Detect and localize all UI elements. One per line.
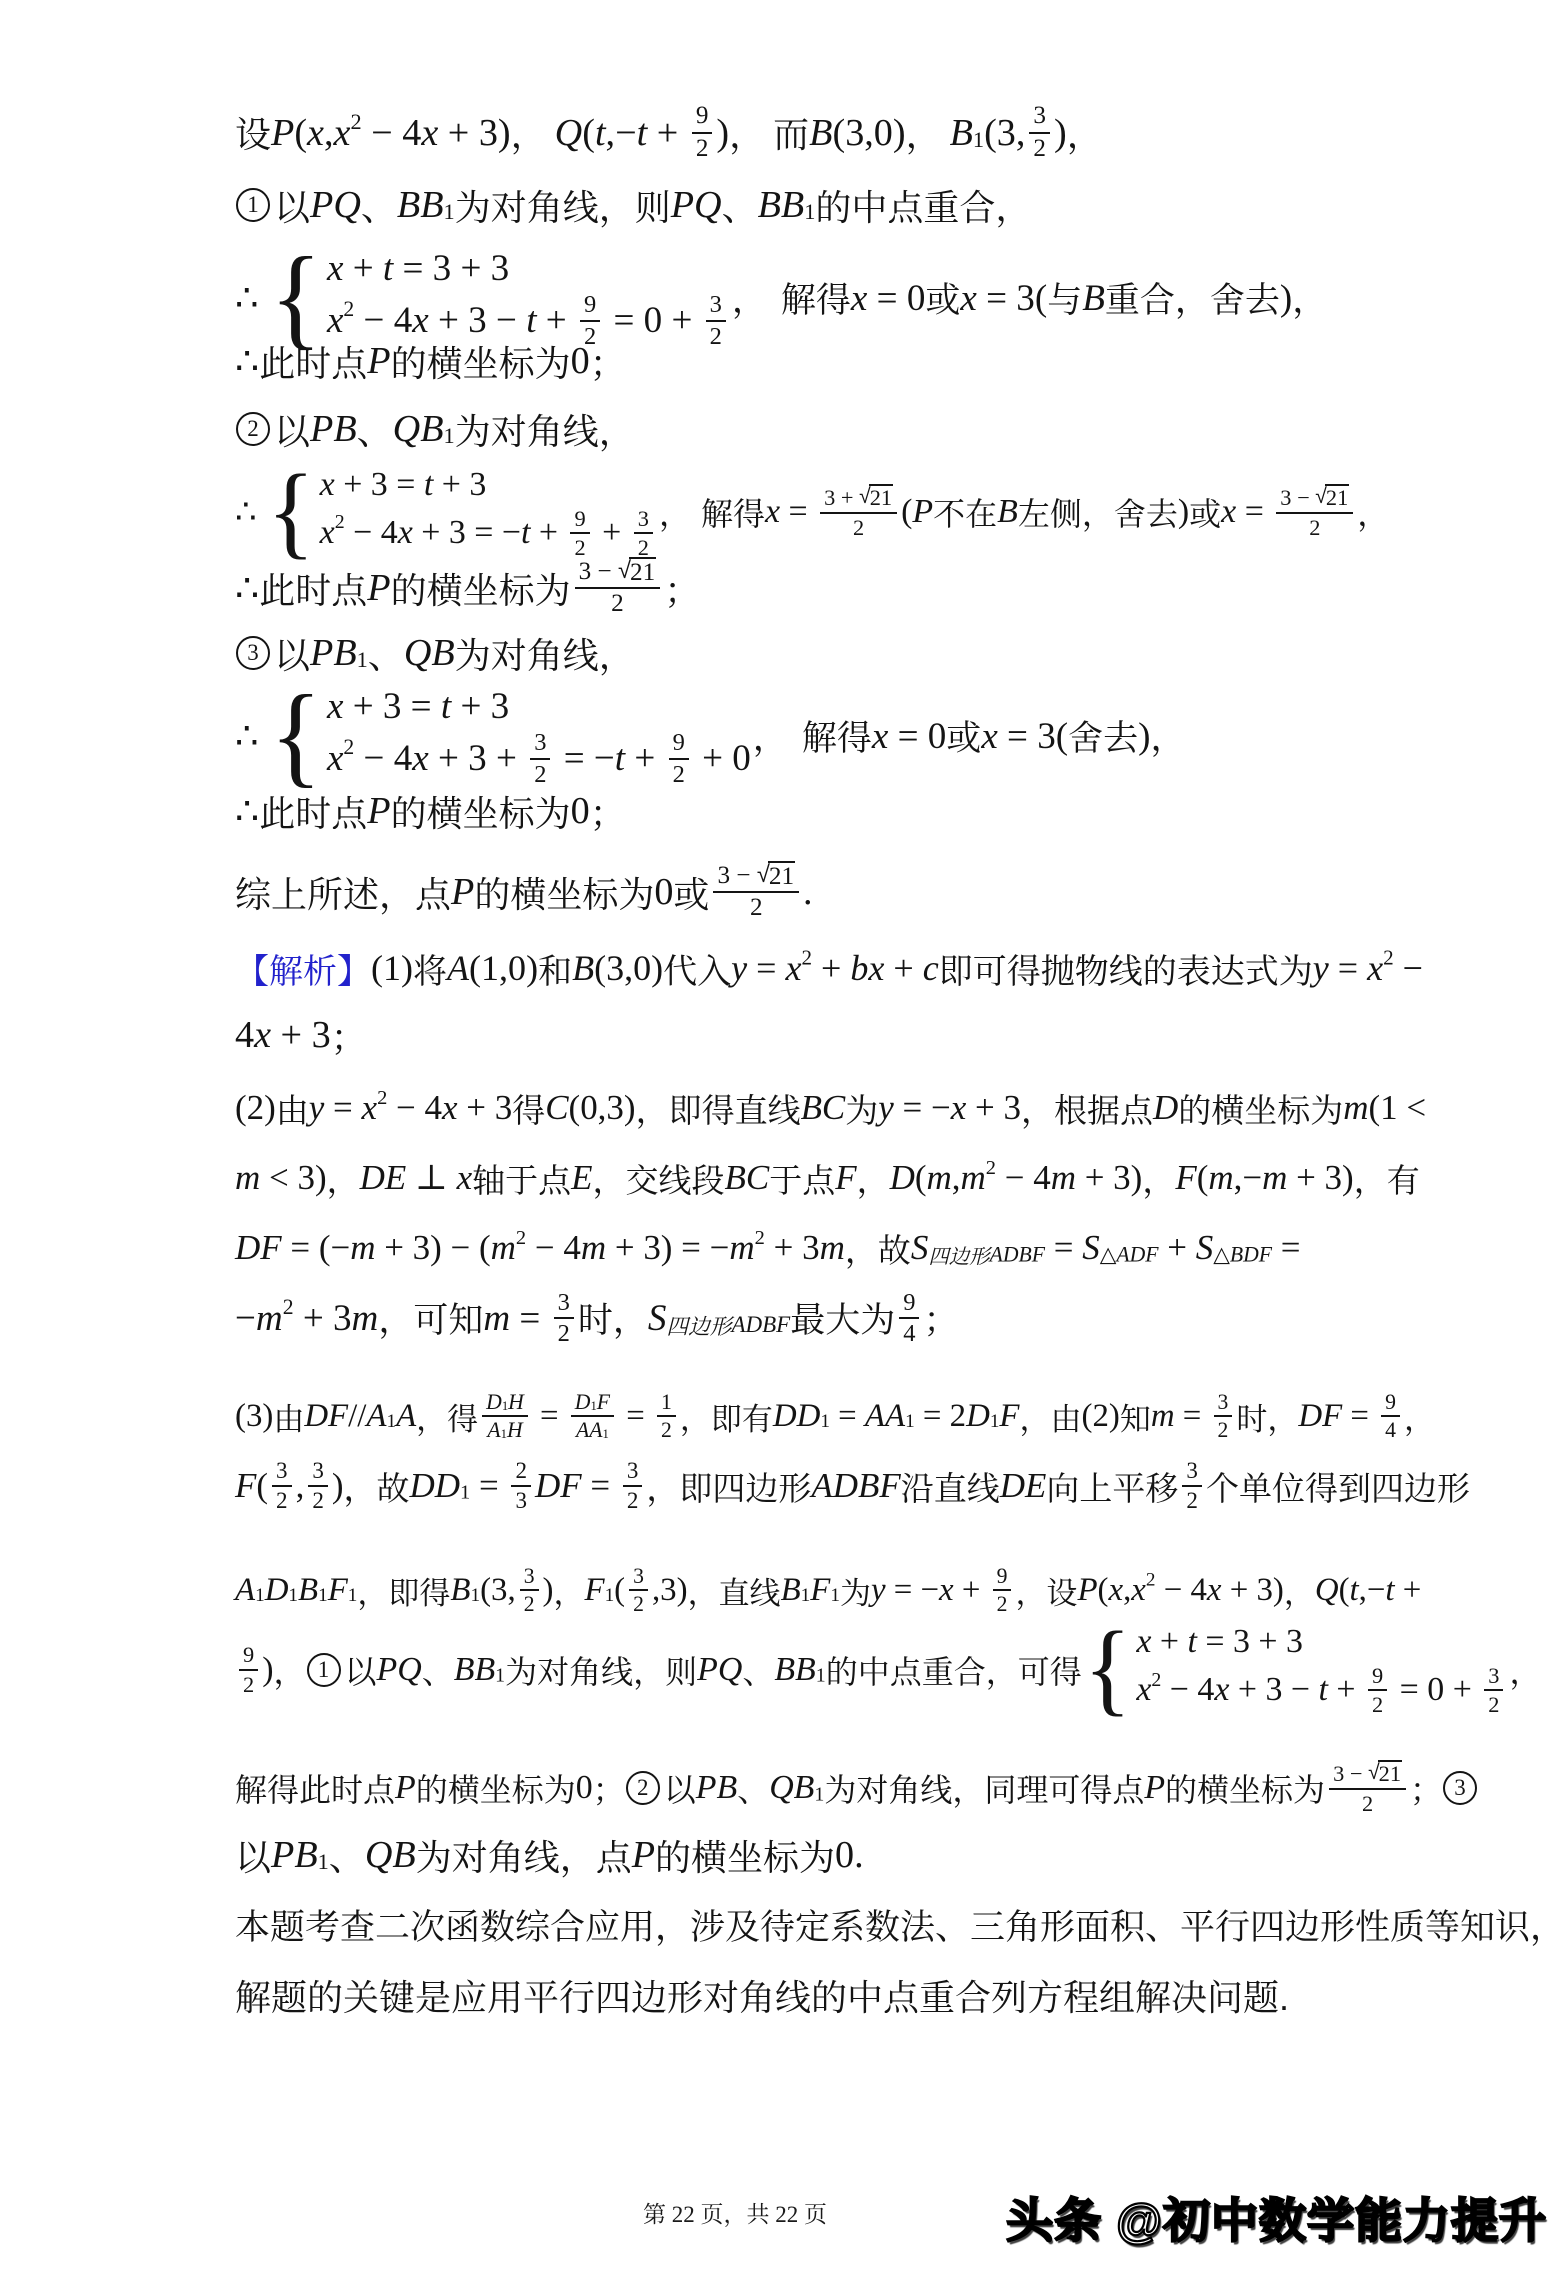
fraction: D1HA1H: [482, 1390, 528, 1443]
math-roman: ,−: [606, 111, 637, 155]
math-variable: PB: [310, 631, 357, 675]
math-roman: 9: [574, 506, 585, 531]
numerator: 9: [1368, 1663, 1387, 1691]
subscript: 1: [801, 1585, 811, 1607]
denominator: 2: [607, 589, 628, 618]
math-roman: =: [1272, 1228, 1300, 1268]
math-roman: 21: [870, 485, 892, 510]
math-variable: PB: [271, 1833, 318, 1877]
math-roman: ∴: [235, 339, 259, 384]
text-line: (3)由DF//A1A，得D1HA1H = D1FAA1 = 12，即有DD1 …: [235, 1378, 1435, 1454]
text-line: ∴ {x + 3 = t + 3x2 − 4x + 3 + 32 = −t + …: [235, 676, 1186, 796]
subscript: 1: [605, 1585, 615, 1607]
math-variable: DF: [1298, 1398, 1342, 1435]
radical-sign: √: [618, 558, 631, 585]
cjk-text: ，即四边形: [646, 1463, 811, 1510]
math-variable: DD: [773, 1398, 820, 1435]
math-roman: 9: [1372, 1663, 1383, 1688]
math-variable: x: [1136, 1623, 1151, 1661]
math-variable: F: [328, 1572, 348, 1609]
cjk-text: 的横坐标为: [391, 786, 571, 837]
cjk-text: ，即有: [680, 1394, 773, 1439]
math-roman: ): [262, 1651, 273, 1689]
math-variable: A: [396, 1398, 416, 1435]
math-roman: 2: [515, 1458, 527, 1484]
math-variable: A: [366, 1398, 386, 1435]
math-variable: D: [890, 1158, 915, 1198]
superscript: 2: [350, 108, 361, 134]
page-number-label: 第 22 页，共 22 页: [643, 2202, 827, 2227]
text-line: 【解析】(1)将A(1,0)和B(3,0)代入y = x2 + bx + c即可…: [235, 938, 1423, 998]
math-roman: = −: [554, 737, 614, 780]
cjk-text: 知: [1120, 1394, 1151, 1439]
circled-number: 1: [236, 188, 270, 222]
math-roman: 3: [515, 1488, 527, 1514]
subscript: 四边形ADBF: [666, 1309, 790, 1340]
text-line: ∴此时点P的横坐标为0；: [235, 788, 626, 834]
cjk-text: ，根据点: [1021, 1085, 1153, 1132]
math-roman: +: [1151, 1623, 1187, 1661]
cjk-text: ；: [590, 786, 626, 837]
denominator: 2: [657, 1417, 676, 1442]
math-variable: B: [450, 1572, 470, 1609]
subscript: 1: [444, 423, 455, 449]
fraction: 32: [520, 1564, 539, 1617]
math-variable: QB: [393, 407, 444, 451]
math-roman: + 3): [1221, 1572, 1283, 1609]
math-variable: QB: [365, 1833, 416, 1877]
math-roman: 2: [312, 1488, 324, 1514]
math-roman: =: [1045, 1228, 1082, 1268]
denominator: 2: [1368, 1691, 1387, 1717]
math-roman: +: [1395, 1572, 1422, 1609]
cjk-text: 或: [673, 867, 709, 918]
cjk-text: ，: [906, 107, 942, 158]
system-rows: x + 3 = t + 3x2 − 4x + 3 + 32 = −t + 92 …: [327, 684, 751, 788]
denominator: 2: [530, 760, 550, 788]
cjk-text: ，即得直线: [636, 1085, 801, 1132]
cjk-text: 轴于点: [472, 1155, 571, 1202]
cjk-text: 、: [742, 1647, 774, 1693]
math-variable: x: [939, 1572, 954, 1609]
math-roman: − 4: [362, 111, 422, 155]
math-roman: 3: [633, 1564, 644, 1588]
math-roman: //: [348, 1398, 366, 1435]
cjk-text: 由: [276, 1085, 309, 1132]
math-variable: P: [1144, 1769, 1165, 1807]
superscript: 2: [335, 511, 345, 534]
superscript: 2: [986, 1156, 996, 1179]
math-variable: x: [1214, 1671, 1229, 1709]
math-variable: PB: [696, 1769, 737, 1807]
cjk-text: 而: [773, 107, 809, 158]
math-roman: ,: [952, 1158, 961, 1198]
radical-sign: √: [1315, 485, 1327, 509]
cjk-text: 设: [235, 107, 271, 158]
math-roman: 3: [276, 1458, 288, 1484]
fraction: 32: [706, 291, 726, 350]
math-variable: x: [1131, 1572, 1146, 1609]
math-variable: x: [457, 1158, 473, 1198]
text-line: ∴此时点P的横坐标为3 − √212；: [235, 548, 700, 628]
superscript: 2: [343, 297, 354, 322]
fraction: 92: [239, 1642, 258, 1696]
numerator: 9: [899, 1289, 919, 1319]
math-roman: 0: [576, 1769, 593, 1807]
system-row: x + 3 = t + 3: [327, 684, 751, 730]
numerator: 3: [308, 1458, 328, 1487]
math-variable: F: [1175, 1158, 1196, 1198]
math-roman: (1 <: [1368, 1088, 1426, 1128]
cjk-text: ，设: [1015, 1568, 1077, 1613]
denominator: 2: [1484, 1691, 1503, 1717]
fraction: 92: [669, 729, 689, 788]
cjk-text: 为对角线，同理可得点: [824, 1765, 1144, 1811]
superscript: 2: [801, 945, 812, 970]
cjk-text: 此时点: [259, 336, 367, 387]
math-variable: P: [632, 1833, 655, 1877]
math-roman: (: [1339, 1572, 1350, 1609]
numerator: 9: [993, 1564, 1012, 1591]
math-roman: =: [470, 1466, 507, 1506]
numerator: 3: [706, 291, 726, 321]
math-variable: x: [412, 737, 428, 780]
math-roman: = 3 + 3: [393, 247, 509, 290]
math-roman: +: [625, 737, 664, 780]
math-roman: ⊥: [406, 1158, 456, 1198]
math-roman: +: [1328, 1671, 1364, 1709]
cjk-text: 时，: [578, 1293, 648, 1343]
math-variable: y: [871, 1572, 886, 1609]
math-roman: = 3(: [998, 715, 1068, 758]
cjk-text: 以: [235, 1830, 271, 1881]
radicand: 21: [869, 484, 893, 511]
math-variable: P: [271, 111, 294, 155]
math-roman: + 3) − (: [375, 1228, 490, 1268]
spacer: [942, 132, 950, 133]
math-roman: 3: [638, 506, 649, 531]
fraction: 32: [308, 1458, 328, 1514]
math-roman: = 3(: [977, 277, 1047, 320]
math-variable: ADBF: [811, 1466, 900, 1506]
math-roman: =: [1342, 1398, 1377, 1435]
math-roman: − 4: [354, 737, 412, 780]
cjk-text: ，: [511, 107, 547, 158]
system-row: x2 − 4x + 3 − t + 92 = 0 + 32: [1136, 1663, 1507, 1717]
math-roman: + 3 =: [335, 466, 424, 504]
cjk-text: 本题考查二次函数综合应用，涉及待定系数法、三角形面积、平行四边形性质等知识，: [235, 1900, 1557, 1950]
fraction: 32: [629, 1564, 648, 1617]
math-roman: (: [614, 1572, 625, 1609]
superscript: 2: [377, 1086, 387, 1109]
math-roman: 9: [584, 291, 596, 318]
math-roman: =: [1329, 947, 1367, 989]
cjk-text: 的中点重合，可得: [826, 1647, 1082, 1693]
math-variable: x: [320, 466, 335, 504]
math-variable: m: [1208, 1158, 1233, 1198]
superscript: 2: [755, 1226, 765, 1249]
math-roman: 2: [1218, 1418, 1229, 1442]
radicand: 21: [1325, 484, 1349, 511]
math-roman: 2: [558, 1320, 570, 1347]
subscript: 1: [590, 1399, 596, 1413]
math-variable: DE: [360, 1158, 407, 1198]
math-variable: DE: [1000, 1466, 1047, 1506]
math-roman: ): [1178, 493, 1189, 531]
math-roman: + 3: [765, 1228, 820, 1268]
math-variable: x: [362, 1088, 378, 1128]
text-line: 设P(x,x2 − 4x + 3)，Q(t,−t + 92)，而B(3,0)，B…: [235, 85, 1103, 180]
numerator: 3: [272, 1458, 292, 1487]
fraction: 3 − √212: [1329, 1760, 1406, 1816]
math-variable: x: [421, 111, 438, 155]
math-roman: =: [618, 1398, 653, 1435]
math-variable: PQ: [377, 1651, 422, 1689]
denominator: 2: [849, 514, 868, 540]
math-roman: + 3): [438, 111, 510, 155]
denominator: 2: [1214, 1417, 1233, 1442]
math-variable: A: [447, 947, 469, 989]
text-line: −m2 + 3m，可知m = 32时，S四边形ADBF最大为94；: [235, 1282, 958, 1354]
cjk-text: ，由: [1020, 1394, 1082, 1439]
subscript: 1: [470, 1585, 480, 1607]
cjk-text: 重合，舍去: [1105, 273, 1280, 323]
subscript: 1: [318, 1849, 329, 1875]
math-variable: S: [1082, 1228, 1099, 1268]
cjk-text: 为对角线，点: [416, 1830, 632, 1881]
math-roman: (0,3): [569, 1088, 636, 1128]
math-variable: D: [265, 1572, 289, 1609]
math-roman: 2: [627, 1488, 639, 1514]
math-variable: x: [254, 1013, 271, 1057]
denominator: 2: [746, 893, 767, 922]
fraction: 3 − √212: [1276, 484, 1353, 540]
cjk-text: 或: [925, 273, 960, 323]
math-variable: x: [1136, 1671, 1151, 1709]
math-variable: S: [911, 1228, 928, 1268]
math-roman: =: [510, 1297, 549, 1340]
math-variable: y: [1313, 947, 1329, 989]
math-variable: AA: [865, 1398, 905, 1435]
cjk-text: ，: [1151, 711, 1186, 761]
math-roman: 3 −: [717, 862, 756, 890]
cjk-text: 解得: [701, 489, 765, 535]
cjk-text: 的横坐标为: [1178, 1085, 1343, 1132]
fraction: 3 − √212: [713, 861, 799, 922]
subscript: 1: [501, 1427, 507, 1441]
cjk-text: 向上平移: [1046, 1463, 1178, 1510]
math-variable: B: [1082, 277, 1105, 320]
math-roman: +: [647, 111, 688, 155]
fraction: 3 − √212: [575, 557, 661, 618]
denominator: 2: [623, 1487, 643, 1514]
denominator: 2: [1305, 514, 1324, 540]
numerator: 3 − √21: [713, 861, 799, 893]
math-variable: ADBF: [731, 1312, 790, 1338]
math-variable: ADF: [1116, 1242, 1158, 1267]
cjk-text: 以: [664, 1765, 696, 1811]
cjk-text: 和: [538, 944, 572, 993]
math-roman: 3 −: [579, 558, 618, 586]
numerator: 3: [1182, 1458, 1202, 1487]
cjk-text: 个单位得到四边形: [1206, 1463, 1470, 1510]
subscript: 1: [348, 1585, 358, 1607]
math-roman: = 0: [867, 277, 925, 320]
math-roman: 2: [1362, 1791, 1373, 1816]
math-roman: 3: [627, 1458, 639, 1484]
cjk-text: ，: [857, 1155, 890, 1202]
cjk-text: 为对角线，: [455, 404, 635, 455]
radical-sign: √: [757, 862, 770, 889]
math-variable: t: [637, 111, 648, 155]
text-line: 4x + 3；: [235, 1012, 367, 1058]
math-variable: DF: [304, 1398, 348, 1435]
math-variable: E: [571, 1158, 592, 1198]
math-roman: + 3) = −: [606, 1228, 729, 1268]
text-line: 1以PQ、BB1为对角线，则PQ、BB1的中点重合，: [235, 182, 1031, 228]
math-variable: m: [352, 1297, 379, 1340]
equation-system: {x + 3 = t + 3x2 − 4x + 3 + 32 = −t + 92…: [270, 684, 751, 788]
numerator: 3 − √21: [1329, 1760, 1406, 1790]
text-line: 综上所述，点P的横坐标为0或3 − √212.: [235, 852, 813, 932]
math-variable: m: [581, 1228, 606, 1268]
math-roman: + 3 = −: [413, 514, 521, 552]
math-variable: t: [441, 685, 451, 728]
math-variable: x: [960, 277, 976, 320]
fraction: 32: [554, 1289, 574, 1348]
text-line: (2)由y = x2 − 4x + 3得C(0,3)，即得直线BC为y = −x…: [235, 1078, 1426, 1138]
circled-number: 1: [307, 1653, 341, 1687]
math-roman: 2: [673, 761, 685, 788]
system-row: x + 3 = t + 3: [320, 464, 657, 506]
math-variable: x: [951, 1088, 967, 1128]
math-roman: −: [1394, 947, 1423, 989]
subscript: 1: [816, 1664, 826, 1687]
math-variable: D: [486, 1390, 502, 1414]
sqrt: √21: [1315, 484, 1349, 511]
math-variable: x: [320, 514, 335, 552]
math-roman: ): [332, 1466, 344, 1506]
cjk-text: ，: [732, 273, 767, 323]
math-variable: F: [810, 1572, 830, 1609]
math-variable: x: [1108, 1572, 1123, 1609]
math-roman: 21: [1326, 485, 1348, 510]
radical-sign: √: [859, 485, 871, 509]
math-variable: m: [820, 1228, 845, 1268]
math-variable: F: [835, 1158, 856, 1198]
cjk-text: 为: [845, 1085, 878, 1132]
math-roman: 2: [853, 515, 864, 540]
math-roman: 21: [769, 863, 794, 890]
fraction: 92: [993, 1564, 1012, 1617]
math-roman: =: [747, 947, 785, 989]
math-variable: P: [1077, 1572, 1097, 1609]
math-roman: =: [780, 493, 816, 531]
subscript: 1: [318, 1585, 328, 1607]
cjk-text: 的横坐标为: [416, 1765, 576, 1811]
math-variable: m: [483, 1297, 510, 1340]
numerator: 1: [657, 1390, 676, 1417]
math-roman: 2: [1309, 515, 1320, 540]
brace: {: [267, 463, 315, 562]
math-variable: B: [572, 947, 594, 989]
math-variable: x: [785, 947, 801, 989]
math-roman: +: [343, 247, 382, 290]
math-variable: x: [872, 715, 888, 758]
fraction: 92: [692, 102, 713, 162]
brace: {: [270, 682, 322, 790]
math-variable: ADBF: [990, 1242, 1045, 1267]
fraction: 94: [899, 1289, 919, 1348]
fraction: 32: [1214, 1390, 1233, 1443]
cjk-text: ，故: [344, 1463, 410, 1510]
numerator: 3: [520, 1564, 539, 1591]
denominator: 2: [669, 760, 689, 788]
cjk-text: 、: [737, 1765, 769, 1811]
math-roman: 2: [750, 894, 763, 922]
cjk-text: 由: [273, 1394, 304, 1439]
math-roman: + 3 −: [1229, 1671, 1318, 1709]
math-variable: F: [597, 1390, 610, 1414]
math-roman: + 3 +: [429, 737, 526, 780]
math-variable: B: [809, 111, 832, 155]
math-roman: (2): [235, 1088, 276, 1128]
numerator: 3: [629, 1564, 648, 1591]
math-variable: H: [507, 1418, 523, 1442]
math-roman: − 4: [387, 1088, 442, 1128]
math-roman: +: [1159, 1228, 1196, 1268]
math-roman: (1,0): [469, 947, 538, 989]
equation-system: {x + 3 = t + 3x2 − 4x + 3 = −t + 92 + 32: [267, 464, 657, 560]
text-line: 解题的关键是应用平行四边形对角线的中点重合列方程组解决问题.: [235, 1972, 1289, 2018]
math-roman: ∴: [235, 276, 268, 320]
cjk-text: 、: [329, 1830, 365, 1881]
system-rows: x + 3 = t + 3x2 − 4x + 3 = −t + 92 + 32: [320, 464, 657, 560]
math-roman: +: [530, 514, 566, 552]
math-roman: 1: [661, 1390, 672, 1414]
cjk-text: 以: [345, 1647, 377, 1693]
math-variable: t: [424, 466, 433, 504]
cjk-text: ，可知: [378, 1293, 483, 1343]
cjk-text: 的横坐标为: [655, 1830, 835, 1881]
math-roman: +: [954, 1572, 989, 1609]
math-variable: c: [923, 947, 939, 989]
math-roman: 2: [1372, 1692, 1383, 1717]
superscript: 2: [283, 1295, 294, 1320]
brace: {: [1084, 1620, 1132, 1719]
math-variable: PQ: [310, 183, 361, 227]
math-roman: ∴: [235, 714, 268, 758]
cjk-text: ；: [593, 1765, 625, 1811]
fraction: 32: [1484, 1663, 1503, 1717]
math-variable: AA: [576, 1418, 602, 1442]
cjk-text: ，: [553, 1568, 584, 1613]
math-variable: B: [298, 1572, 318, 1609]
math-roman: = −: [886, 1572, 940, 1609]
math-variable: QB: [769, 1769, 814, 1807]
math-variable: bx: [850, 947, 884, 989]
subscript: 1: [804, 199, 815, 225]
math-roman: + 3): [1076, 1158, 1142, 1198]
math-variable: m: [350, 1228, 375, 1268]
math-variable: PQ: [671, 183, 722, 227]
math-variable: m: [1262, 1158, 1287, 1198]
subscript: 四边形ADBF: [928, 1240, 1045, 1270]
math-roman: (: [1098, 1572, 1109, 1609]
math-variable: m: [1151, 1398, 1175, 1435]
cjk-text: ；: [331, 1010, 367, 1061]
math-roman: ∴: [235, 492, 265, 532]
